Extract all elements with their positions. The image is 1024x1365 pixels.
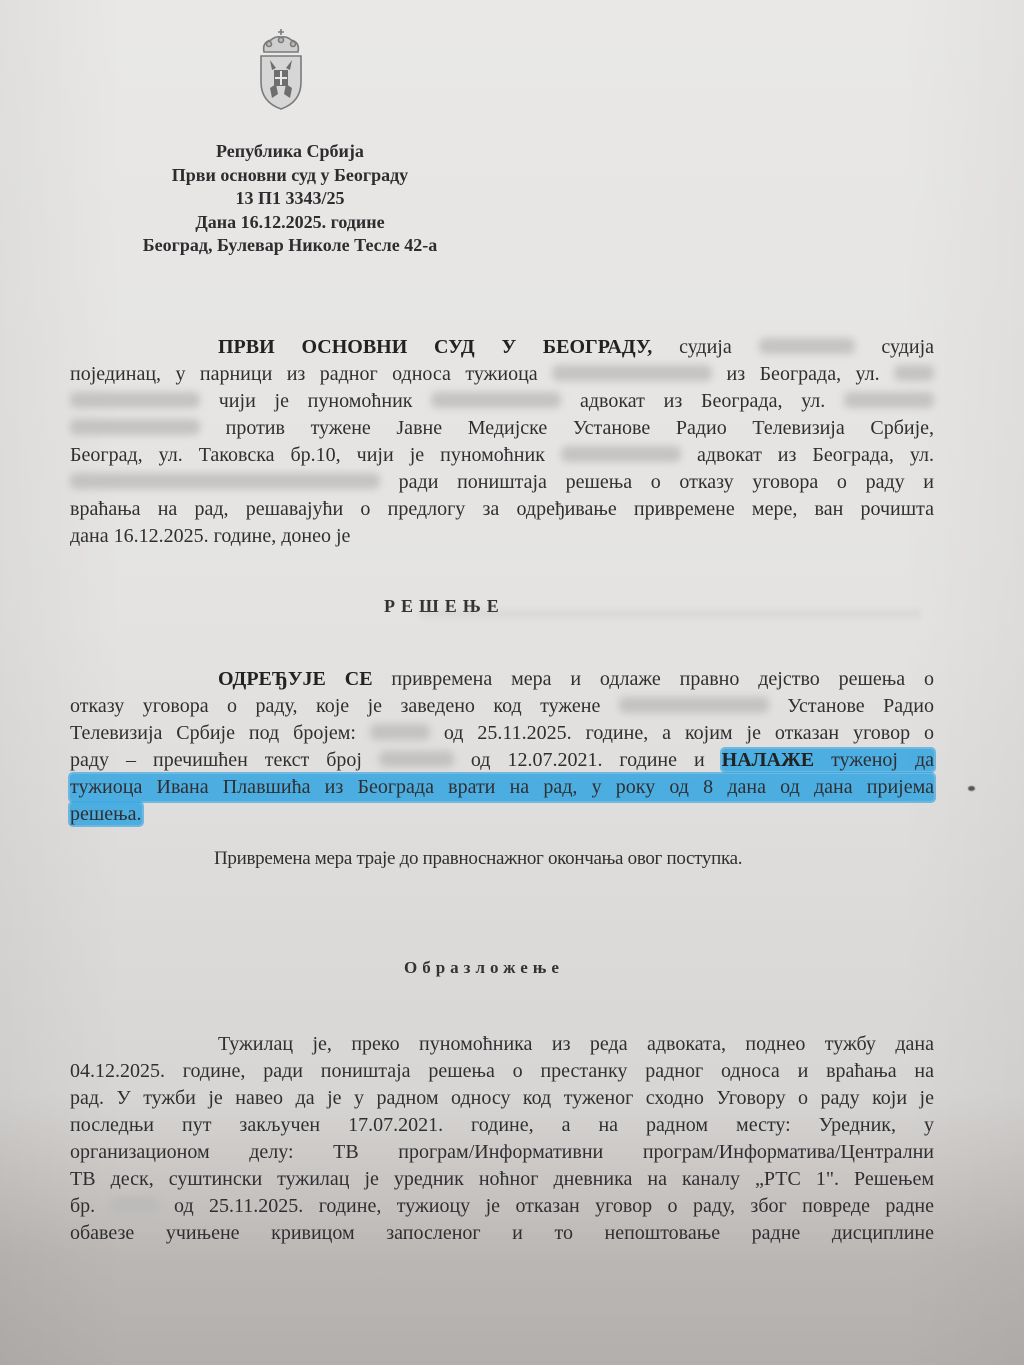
reasoning-title: Образложење	[404, 958, 564, 978]
duration-note: Привремена мера траје до правноснажног о…	[214, 848, 742, 870]
redacted-institution	[619, 697, 769, 713]
text-span: чији је пуномоћник	[219, 390, 413, 412]
decision-line: отказу уговора о раду, које је заведено …	[70, 693, 934, 720]
reasoning-line: бр. од 25.11.2025. године, тужиоцу је от…	[70, 1193, 934, 1220]
highlighted-order: НАЛАЖЕ туженој да	[722, 749, 934, 771]
text-span: од 25.11.2025. године, тужиоцу је отказа…	[174, 1195, 934, 1217]
text-span: судија	[679, 336, 732, 358]
decision-line: решења.	[70, 801, 934, 828]
intro-line: враћања на рад, решавајући о предлогу за…	[70, 496, 934, 523]
redacted-attorney-name	[431, 392, 561, 408]
reasoning-line: Тужилац је, преко пуномоћника из реда ад…	[70, 1031, 934, 1058]
text-span: појединац, у парници из радног односа ту…	[70, 363, 538, 385]
header-address: Београд, Булевар Николе Тесле 42-а	[100, 234, 480, 258]
decision-line: ОДРЕЂУЈЕ СЕ привремена мера и одлаже пра…	[70, 666, 934, 693]
redacted-attorney-name	[561, 446, 681, 462]
decision-bold-orders: НАЛАЖЕ	[722, 749, 814, 771]
text-span: туженој да	[831, 749, 934, 771]
text-span: против тужене Јавне Медијске Установе Ра…	[226, 417, 934, 439]
redacted-number	[379, 751, 454, 767]
redacted-street	[894, 365, 934, 381]
text-span: из Београда, ул.	[727, 363, 880, 385]
text-span: бр.	[70, 1195, 95, 1217]
text-span: привремена мера и одлаже правно дејство …	[391, 668, 934, 690]
reasoning-line: рад. У тужби је навео да је у радном одн…	[70, 1085, 934, 1112]
redacted-number	[111, 1197, 159, 1213]
decision-line: раду – пречишћен текст број од 12.07.202…	[70, 747, 934, 774]
intro-line: Београд, ул. Таковска бр.10, чији је пун…	[70, 442, 934, 469]
court-header: Република Србија Први основни суд у Беог…	[100, 140, 480, 258]
text-span: адвокат из Београда, ул.	[697, 444, 934, 466]
reasoning-line: организационом делу: ТВ програм/Информат…	[70, 1139, 934, 1166]
text-span: отказу уговора о раду, које је заведено …	[70, 695, 600, 717]
redacted-street	[844, 392, 934, 408]
redacted-number	[370, 724, 430, 740]
text-span: Установе Радио	[787, 695, 934, 717]
redacted-judge-name	[759, 338, 855, 354]
header-republic: Република Србија	[100, 140, 480, 164]
header-court: Први основни суд у Београду	[100, 164, 480, 188]
redacted-plaintiff-name	[552, 365, 712, 381]
text-span: судија	[881, 336, 934, 358]
reasoning-paragraph: Тужилац је, преко пуномоћника из реда ад…	[70, 1031, 934, 1247]
redacted-street	[70, 473, 380, 489]
text-span: раду – пречишћен текст број	[70, 749, 362, 771]
intro-line: дана 16.12.2025. године, донео је	[70, 523, 934, 550]
intro-line: појединац, у парници из радног односа ту…	[70, 361, 934, 388]
redacted-street	[70, 392, 200, 408]
text-span: ради поништаја решења о отказу уговора о…	[399, 471, 934, 493]
text-span: од 25.11.2025. године, а којим је отказа…	[444, 722, 934, 744]
header-case-number: 13 П1 3343/25	[100, 187, 480, 211]
redacted-street	[70, 419, 200, 435]
bleed-through-text	[420, 610, 920, 618]
coat-of-arms-icon	[252, 26, 310, 112]
decision-bold-ordering: ОДРЕЂУЈЕ СЕ	[218, 668, 373, 690]
header-date: Дана 16.12.2025. године	[100, 211, 480, 235]
intro-line: ради поништаја решења о отказу уговора о…	[70, 469, 934, 496]
reasoning-line: обавезе учињене кривицом запосленог и то…	[70, 1220, 934, 1247]
reasoning-line: ТВ деск, суштински тужилац је уредник но…	[70, 1166, 934, 1193]
court-name-bold: ПРВИ ОСНОВНИ СУД У БЕОГРАДУ,	[218, 336, 652, 358]
highlighted-line: решења.	[70, 803, 142, 825]
highlighted-line: тужиоца Ивана Плавшића из Београда врати…	[70, 774, 934, 801]
decision-paragraph: ОДРЕЂУЈЕ СЕ привремена мера и одлаже пра…	[70, 666, 934, 828]
text-span: адвокат из Београда, ул.	[580, 390, 825, 412]
reasoning-line: 04.12.2025. године, ради поништаја решењ…	[70, 1058, 934, 1085]
text-span: Телевизија Србије под бројем:	[70, 722, 356, 744]
text-span: Београд, ул. Таковска бр.10, чији је пун…	[70, 444, 545, 466]
intro-line: против тужене Јавне Медијске Установе Ра…	[70, 415, 934, 442]
text-span: од 12.07.2021. године и	[471, 749, 705, 771]
intro-paragraph: ПРВИ ОСНОВНИ СУД У БЕОГРАДУ, судија суди…	[70, 334, 934, 550]
intro-line: чији је пуномоћник адвокат из Београда, …	[70, 388, 934, 415]
intro-line: ПРВИ ОСНОВНИ СУД У БЕОГРАДУ, судија суди…	[70, 334, 934, 361]
ink-mark	[968, 786, 975, 791]
decision-line: Телевизија Србије под бројем: од 25.11.2…	[70, 720, 934, 747]
reasoning-line: последњи пут закључен 17.07.2021. године…	[70, 1112, 934, 1139]
